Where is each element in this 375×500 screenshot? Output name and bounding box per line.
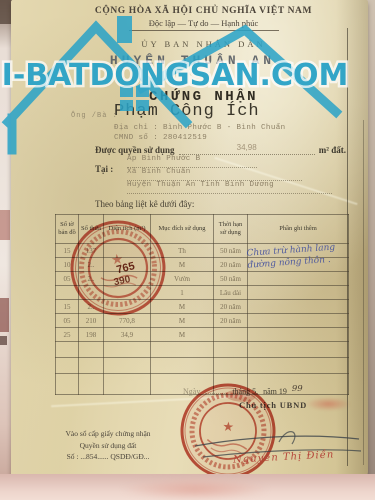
edge-mark (0, 336, 7, 345)
cell (248, 286, 349, 300)
cell: 20 năm (214, 258, 248, 272)
location-label: Tại : (95, 164, 113, 174)
cell: 50 năm (214, 272, 248, 286)
photo-scene: CỘNG HÒA XÃ HỘI CHỦ NGHĨA VIỆT NAM Độc l… (0, 0, 375, 500)
grant-line: Được quyền sử dụng 34,98 m² đất. (95, 143, 346, 155)
edge-mark (0, 210, 10, 240)
grant-label: Được quyền sử dụng (95, 145, 175, 155)
holder-name: Phạm Công Ích (114, 102, 260, 121)
registry-line-2: Quyền sử dụng đất (39, 440, 177, 452)
certificate-paper: CỘNG HÒA XÃ HỘI CHỦ NGHĨA VIỆT NAM Độc l… (11, 0, 368, 481)
holder-address: Địa chỉ : Bình Phước B - Bình Chuẩn (114, 124, 286, 132)
cell: 20 năm (214, 314, 248, 328)
cell: 50 năm (214, 244, 248, 258)
cell (248, 272, 349, 286)
empty-row (56, 342, 349, 358)
signature-strokes (161, 418, 366, 478)
cell: Lâu dài (214, 286, 248, 300)
table-row: 2519834,9M (56, 328, 349, 342)
cell: 198 (79, 328, 104, 342)
registry-block: Vào sổ cấp giấy chứng nhận Quyền sử dụng… (39, 428, 177, 463)
location-hamlet: Ấp Bình Phước B (127, 155, 257, 168)
red-seal-stamp-table: ★ 765 390 (63, 213, 173, 323)
location-district-province: Huyện Thuận An Tỉnh Bình Dương (127, 181, 332, 194)
empty-row (56, 358, 349, 374)
cell (248, 328, 349, 342)
col-duration: Thời hạn sử dụng (214, 215, 248, 244)
red-ink-smear (306, 397, 351, 411)
registry-line-1: Vào sổ cấp giấy chứng nhận (39, 428, 177, 440)
location-lines: Ấp Bình Phước B Xã Bình Chuẩn Huyện Thuậ… (127, 155, 337, 194)
area-unit: m² đất. (319, 145, 346, 155)
cell: M (151, 328, 214, 342)
col-notes: Phần ghi thêm (248, 215, 349, 244)
cell (248, 314, 349, 328)
cell: 34,9 (104, 328, 151, 342)
holder-id-number: CMND số : 280412519 (114, 134, 207, 142)
cell: M (151, 314, 214, 328)
national-title: CỘNG HÒA XÃ HỘI CHỦ NGHĨA VIỆT NAM (11, 6, 368, 16)
edge-mark (0, 298, 9, 332)
date-year-handwritten: 99 (292, 384, 303, 394)
cell: 20 năm (214, 300, 248, 314)
location-commune: Xã Bình Chuẩn (127, 168, 302, 181)
motto-underline (129, 30, 279, 31)
cell (214, 328, 248, 342)
cell (248, 300, 349, 314)
photo-bottom-blur (120, 478, 270, 500)
table-intro: Theo bảng liệt kê dưới đây: (95, 199, 194, 209)
cell: 25 (56, 328, 79, 342)
issuer-line: ỦY BAN NHÂN DÂN (11, 39, 368, 49)
holder-label: Ông /Bà : (71, 112, 118, 120)
district-line: HUYỆN THUẬN AN (11, 53, 368, 68)
area-value: 34,98 (179, 143, 315, 155)
page-border-line (363, 120, 364, 465)
registry-line-3: Số : ...854...... QSDĐ/GĐ... (39, 451, 177, 463)
photo-right-edge (367, 0, 375, 482)
national-motto: Độc lập — Tự do — Hạnh phúc (11, 18, 368, 28)
